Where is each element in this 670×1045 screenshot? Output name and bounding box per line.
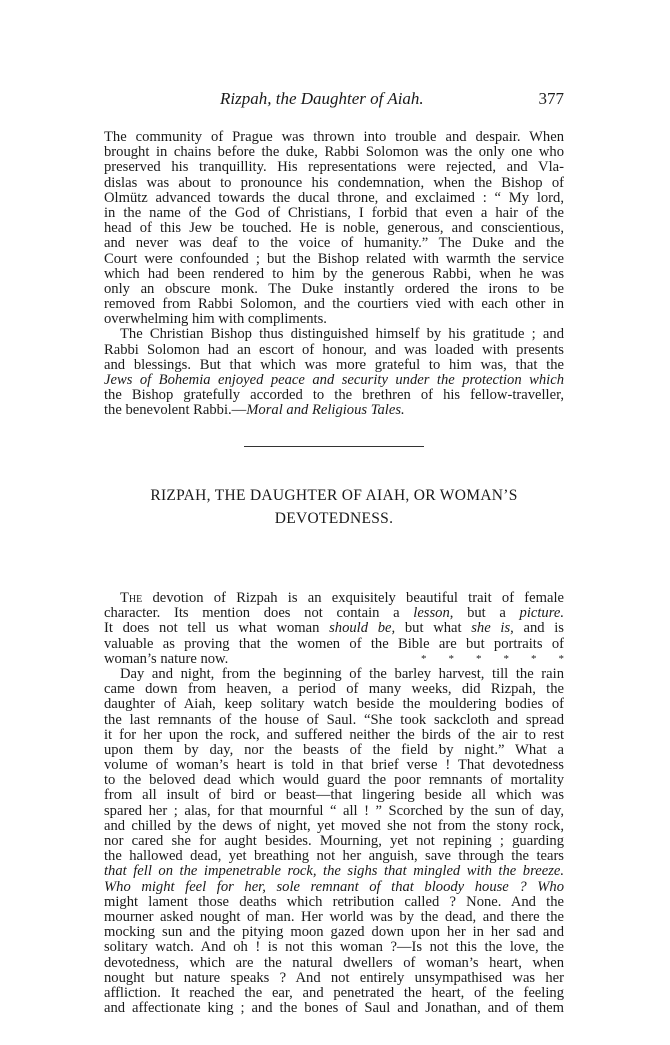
article-title: RIZPAH, THE DAUGHTER OF AIAH, OR WOMAN’S…	[104, 484, 564, 530]
text-line: woman’s nature now.* * * * * *	[104, 652, 564, 667]
text-line: spared her ; alas, for that mournful “ a…	[104, 804, 564, 819]
text-line: daughter of Aiah, keep solitary watch be…	[104, 697, 564, 712]
text-line: Day and night, from the beginning of the…	[104, 667, 564, 682]
text-line: nought but nature speaks ? And not entir…	[104, 971, 564, 986]
text-line: came down from heaven, a period of many …	[104, 682, 564, 697]
text-line: affliction. It reached the ear, and pene…	[104, 986, 564, 1001]
text-line: to the beloved dead which would guard th…	[104, 773, 564, 788]
text-line: solitary watch. And oh ! is not this wom…	[104, 940, 564, 955]
text-line: from all insult of bird or beast—that li…	[104, 788, 564, 803]
text-line: and never was deaf to the voice of human…	[104, 236, 564, 251]
text-line: Court were confounded ; but the Bishop r…	[104, 252, 564, 267]
text-line: and blessings. But that which was more g…	[104, 358, 564, 373]
text-line: removed from Rabbi Solomon, and the cour…	[104, 297, 564, 312]
article-title-line: DEVOTEDNESS.	[104, 507, 564, 530]
text-line: volume of woman’s heart is told in that …	[104, 758, 564, 773]
text-line: that fell on the impenetrable rock, the …	[104, 864, 564, 879]
text-line: overwhelming him with compliments.	[104, 312, 564, 327]
text-line: the last remnants of the house of Saul. …	[104, 713, 564, 728]
text-line: character. Its mention does not contain …	[104, 606, 564, 621]
text-line: mourner asked nought of man. Her world w…	[104, 910, 564, 925]
text-line: nor cared she for aught besides. Mournin…	[104, 834, 564, 849]
text-line: mocking sun and the pitying moon gazed d…	[104, 925, 564, 940]
text-line: might lament those deaths which retribut…	[104, 895, 564, 910]
text-line: head of this Jew be touched. He is noble…	[104, 221, 564, 236]
asterisks-separator: * * * * * *	[421, 652, 564, 667]
text-line: The Christian Bishop thus distinguished …	[104, 327, 564, 342]
text-line: Olmütz advanced towards the ducal throne…	[104, 191, 564, 206]
text-line: brought in chains before the duke, Rabbi…	[104, 145, 564, 160]
text-line: the Bishop gratefully accorded to the br…	[104, 388, 564, 403]
text-line: the benevolent Rabbi.—Moral and Religiou…	[104, 403, 564, 418]
text-line: upon them by day, nor the beasts of the …	[104, 743, 564, 758]
text-line: only an obscure monk. The Duke instantly…	[104, 282, 564, 297]
text-line: devotedness, which are the natural dwell…	[104, 956, 564, 971]
page-number: 377	[539, 89, 565, 109]
text-line: dislas was about to pronounce his condem…	[104, 176, 564, 191]
text-line: the hallowed dead, yet breathing not her…	[104, 849, 564, 864]
text-line: and chilled by the dews of night, yet mo…	[104, 819, 564, 834]
text-line: It does not tell us what woman should be…	[104, 621, 564, 636]
text-line: which had been rendered to him by the ge…	[104, 267, 564, 282]
running-head: Rizpah, the Daughter of Aiah. 377	[104, 89, 564, 113]
text-line: Who might feel for her, sole remnant of …	[104, 880, 564, 895]
running-title: Rizpah, the Daughter of Aiah.	[220, 89, 424, 109]
text-line: Jews of Bohemia enjoyed peace and securi…	[104, 373, 564, 388]
previous-article-text: The community of Prague was thrown into …	[104, 130, 564, 419]
text-line: preserved his tranquillity. His represen…	[104, 160, 564, 175]
text-line: and affectionate king ; and the bones of…	[104, 1001, 564, 1016]
text-line: valuable as proving that the women of th…	[104, 637, 564, 652]
text-line: The devotion of Rizpah is an exquisitely…	[104, 591, 564, 606]
article-title-line: RIZPAH, THE DAUGHTER OF AIAH, OR WOMAN’S	[104, 484, 564, 507]
source-attribution: Moral and Religious Tales.	[246, 402, 404, 418]
article-body: The devotion of Rizpah is an exquisitely…	[104, 591, 564, 1016]
section-divider	[244, 446, 424, 447]
text-line: The community of Prague was thrown into …	[104, 130, 564, 145]
book-page: Rizpah, the Daughter of Aiah. 377 The co…	[0, 0, 670, 1045]
text-line: it for her upon the rock, and suffered n…	[104, 728, 564, 743]
text-line: in the name of the God of Christians, I …	[104, 206, 564, 221]
text-line: Rabbi Solomon had an escort of honour, a…	[104, 343, 564, 358]
